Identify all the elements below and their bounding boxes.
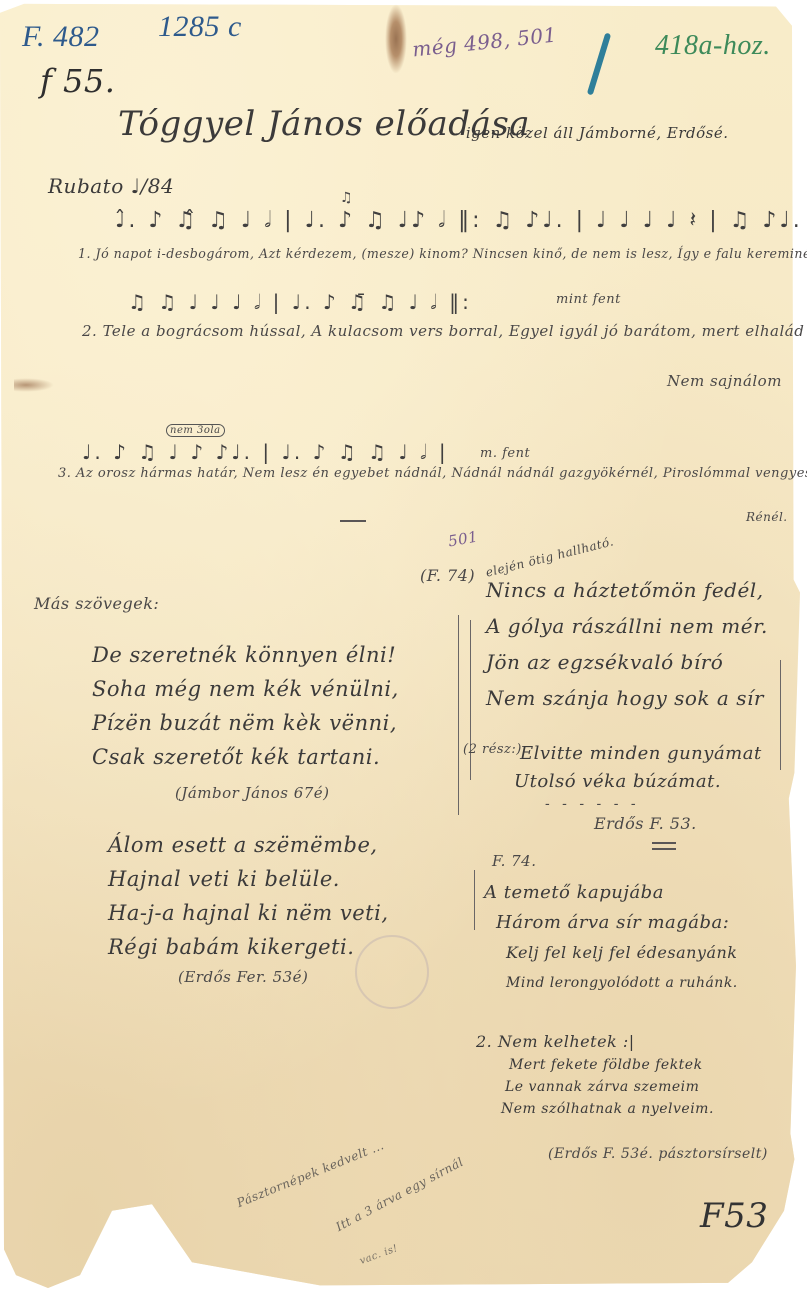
right-source-1: Erdős F. 53. xyxy=(594,814,697,833)
stanza-3-bubble: nem 3ola xyxy=(166,424,225,437)
right-source-2: (Erdős F. 53é. pásztorsírselt) xyxy=(548,1146,768,1162)
separator-dash xyxy=(340,520,366,522)
right-verse-1b: Elvitte minden gunyámat Utolsó véka búzá… xyxy=(520,740,762,796)
verse-line: Mert fekete földbe fektek xyxy=(509,1054,714,1076)
verse-line: Három árva sír magába: xyxy=(496,908,738,938)
bracket-line xyxy=(474,870,475,930)
stanza-1-rhythm: ♩̂. ♪ ♫̂ ♫ ♩ 𝅗𝅥 | ♩. ♪ ♫ ♩♪ 𝅗𝅥 ‖: ♫ ♪♩. … xyxy=(115,208,807,233)
verse-line: Nem szólhatnak a nyelveim. xyxy=(501,1098,714,1120)
stanza-2-rhythm: ♫ ♫ ♩ ♩ ♩ 𝅗𝅥 | ♩. ♪ ♫̄ ♫ ♩ 𝅗𝅥 ‖: xyxy=(128,290,472,314)
stanza-3-text: 3. Az orosz hármas határ, Nem lesz én eg… xyxy=(58,466,807,481)
right-folio-ref: (F. 74) xyxy=(420,566,475,585)
verse-line: Ha-j-a hajnal ki nëm veti, xyxy=(108,896,389,930)
stanza-3-continuation: Rénél. xyxy=(746,510,788,524)
right-bracket-line xyxy=(780,660,781,770)
verse-line: Kelj fel kelj fel édesanyánk xyxy=(506,938,738,968)
title-note: - igen közel áll Jámborné, Erdősé. xyxy=(455,124,728,142)
verse-line: Utolsó véka búzámat. xyxy=(514,768,762,796)
stanza-3-rhythm: ♩. ♪ ♫ ♩ ♪ ♪♩. | ♩. ♪ ♫ ♫ ♩ 𝅗𝅥 | xyxy=(82,440,449,464)
verse-line: Csak szeretőt kék tartani. xyxy=(92,740,399,774)
metronome-mark: ♩/84 xyxy=(131,174,175,198)
verse-line: A temető kapujába xyxy=(484,878,738,908)
stanza-2-margin-note: Nem sajnálom xyxy=(667,372,782,390)
verse-line: A gólya rászállni nem mér. xyxy=(486,608,768,644)
verse-3-label: 2. Nem kelhetek :| xyxy=(476,1032,635,1051)
double-rule xyxy=(652,842,676,844)
stanza-2-text: 2. Tele a bográcsom hússal, A kulacsom v… xyxy=(82,322,804,340)
right-verse-3: Mert fekete földbe fektek Le vannak zárv… xyxy=(505,1054,714,1120)
verse-line: Mind lerongyolódott a ruhánk. xyxy=(506,968,738,998)
right-folio-2: F. 74. xyxy=(492,852,536,870)
left-verse-2: Álom esett a szëmëmbe, Hajnal veti ki be… xyxy=(108,828,389,964)
left-source-1: (Jámbor János 67é) xyxy=(175,784,330,802)
left-verse-1: De szeretnék könnyen élni! Soha még nem … xyxy=(92,638,399,774)
tempo-word: Rubato xyxy=(48,174,124,198)
verse-line: Pízën buzát nëm kèk vënni, xyxy=(92,706,399,740)
verse-line: Hajnal veti ki belüle. xyxy=(108,862,389,896)
stanza-2-rhythm-note: mint fent xyxy=(556,292,621,307)
column-divider xyxy=(458,615,459,815)
stanza-3-rhythm-note: m. fent xyxy=(480,446,530,461)
right-verse-2: A temető kapujába Három árva sír magába:… xyxy=(484,878,738,998)
verse-line: Nem szánja hogy sok a sír xyxy=(486,680,768,716)
ink-stain xyxy=(14,378,54,392)
dashes: - - - - - - xyxy=(545,796,640,812)
signature-mark: F53 xyxy=(700,1196,768,1236)
paper-tear-stain xyxy=(385,4,407,74)
folio-number: f 55. xyxy=(40,62,115,100)
verse-line: Régi babám kikergeti. xyxy=(108,930,389,964)
part-2-label: (2 rész:) xyxy=(463,742,522,757)
left-source-2: (Erdős Fer. 53é) xyxy=(178,968,308,986)
verse-line: Le vannak zárva szemeim xyxy=(505,1076,714,1098)
double-rule xyxy=(652,848,676,850)
cross-reference-green: 418a-hoz. xyxy=(655,30,771,62)
right-verse-1: Nincs a háztetőmön fedél, A gólya rászál… xyxy=(486,572,768,716)
verse-line: Álom esett a szëmëmbe, xyxy=(108,828,389,862)
stanza-1-text: 1. Jó napot i-desbogárom, Azt kérdezem, … xyxy=(78,246,807,261)
tempo-label: Rubato ♩/84 xyxy=(48,174,174,198)
verse-line: Jön az egzsékvaló bíró xyxy=(486,644,768,680)
stanza-1-annotation: ♫ xyxy=(340,190,353,206)
verse-line: Nincs a háztetőmön fedél, xyxy=(486,572,768,608)
catalog-number: 1285 c xyxy=(158,10,242,44)
catalog-id: F. 482 xyxy=(22,20,99,54)
verse-line: De szeretnék könnyen élni! xyxy=(92,638,399,672)
verse-line: Soha még nem kék vénülni, xyxy=(92,672,399,706)
verse-line: Elvitte minden gunyámat xyxy=(520,740,762,768)
other-texts-heading: Más szövegek: xyxy=(34,594,159,613)
